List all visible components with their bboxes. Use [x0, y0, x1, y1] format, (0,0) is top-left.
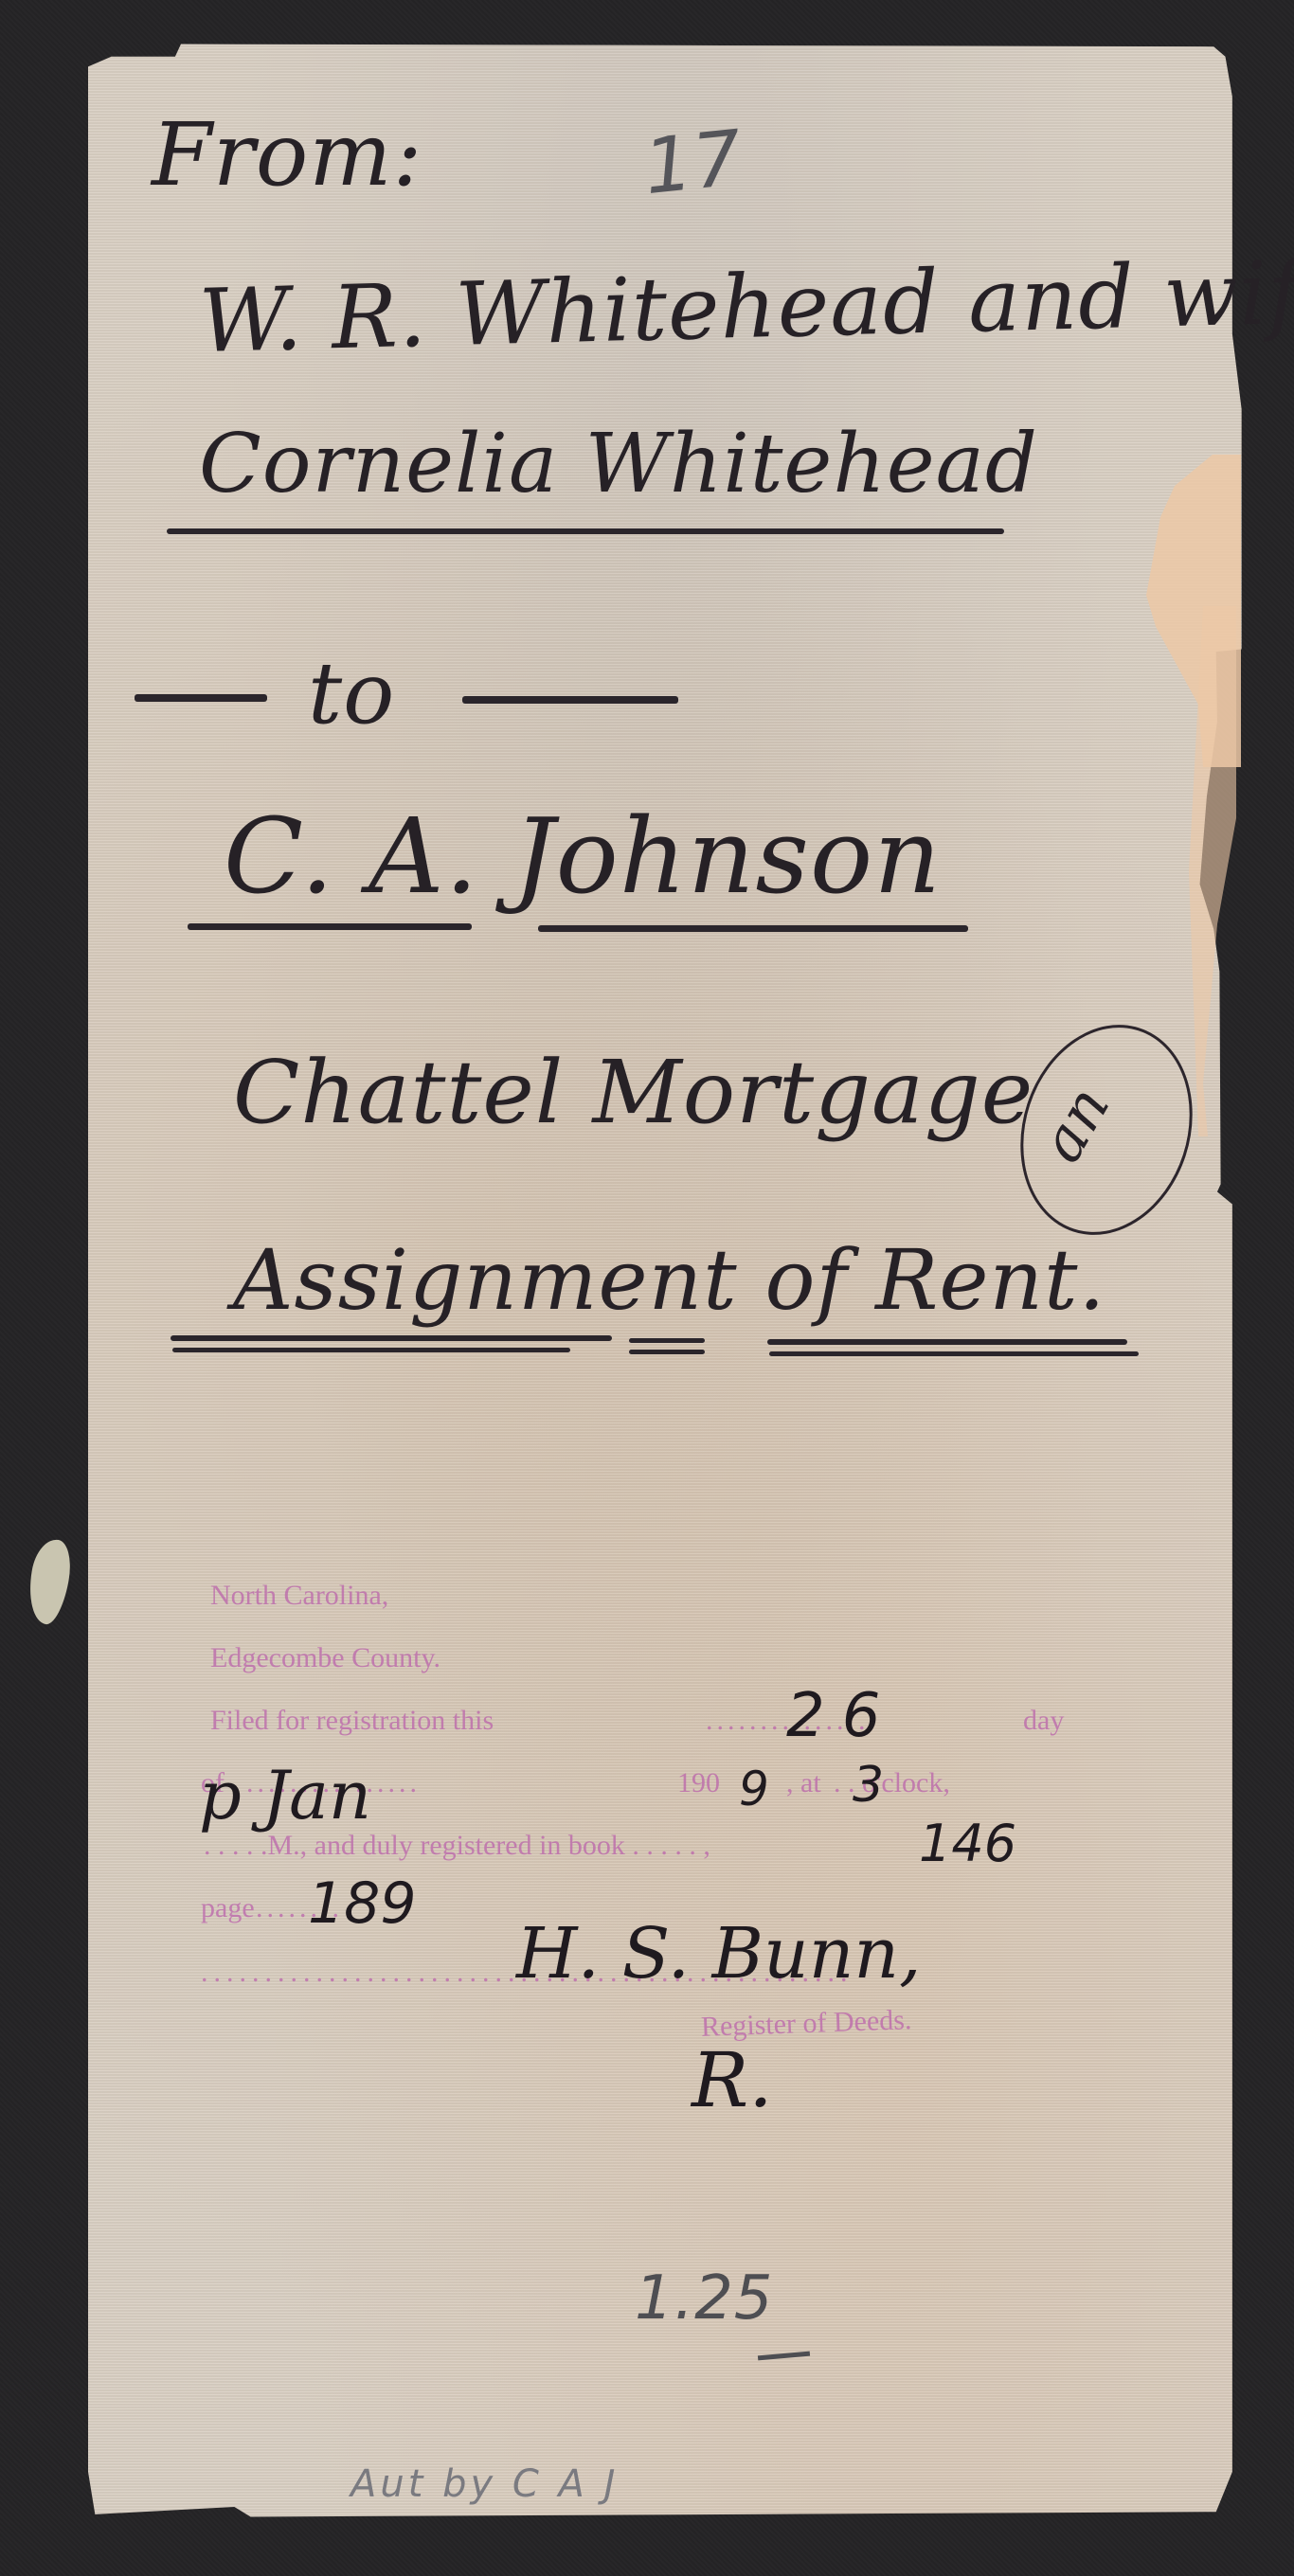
- register-initial: R.: [692, 2036, 773, 2124]
- grantee-underline-right: [538, 925, 968, 932]
- stamp-oclock-label: . . o'clock,: [834, 1767, 950, 1799]
- stamp-registered-text: . . . . .M., and duly registered in book…: [204, 1830, 710, 1862]
- pencil-number: 17: [639, 114, 746, 211]
- filled-day: 26: [786, 1681, 897, 1751]
- stamp-filed-text: Filed for registration this: [210, 1705, 494, 1737]
- register-signature: H. S. Bunn,: [516, 1913, 922, 1995]
- stamp-day-label: day: [1023, 1705, 1064, 1737]
- instrument-underline: [172, 1348, 570, 1352]
- grantee-underline-left: [188, 923, 472, 930]
- from-label: From:: [152, 104, 422, 206]
- instrument-underline: [171, 1335, 612, 1341]
- stamp-year-prefix: 190: [677, 1767, 720, 1799]
- to-label: to: [308, 644, 395, 743]
- filled-month: p Jan: [199, 1757, 371, 1834]
- instrument-underline: [629, 1338, 705, 1343]
- grantee-name: C. A. Johnson: [224, 796, 942, 917]
- filled-book-number: 146: [919, 1814, 1016, 1873]
- filled-hour: 3: [853, 1757, 884, 1814]
- to-dash-left: [135, 694, 267, 702]
- stamp-at-label: , at: [786, 1767, 821, 1799]
- instrument-underline: [629, 1350, 705, 1354]
- stamp-page-label: page: [201, 1892, 255, 1924]
- grantor-spouse-name: Cornelia Whitehead: [199, 417, 1038, 511]
- instrument-underline: [767, 1339, 1127, 1345]
- grantor-underline: [167, 528, 1004, 534]
- filled-year-digit: 9: [739, 1762, 769, 1816]
- pencil-bottom-note: Aut by C A J: [350, 2462, 619, 2506]
- pencil-fee: 1.25: [635, 2263, 774, 2334]
- instrument-type: Chattel Mortgage: [233, 1042, 1033, 1143]
- instrument-underline: [769, 1351, 1139, 1356]
- instrument-subtype: Assignment of Rent.: [233, 1231, 1105, 1329]
- filled-page-number: 189: [308, 1870, 417, 1937]
- to-dash-right: [462, 696, 678, 704]
- stamp-state: North Carolina,: [210, 1580, 388, 1612]
- stamp-county: Edgecombe County.: [210, 1642, 440, 1674]
